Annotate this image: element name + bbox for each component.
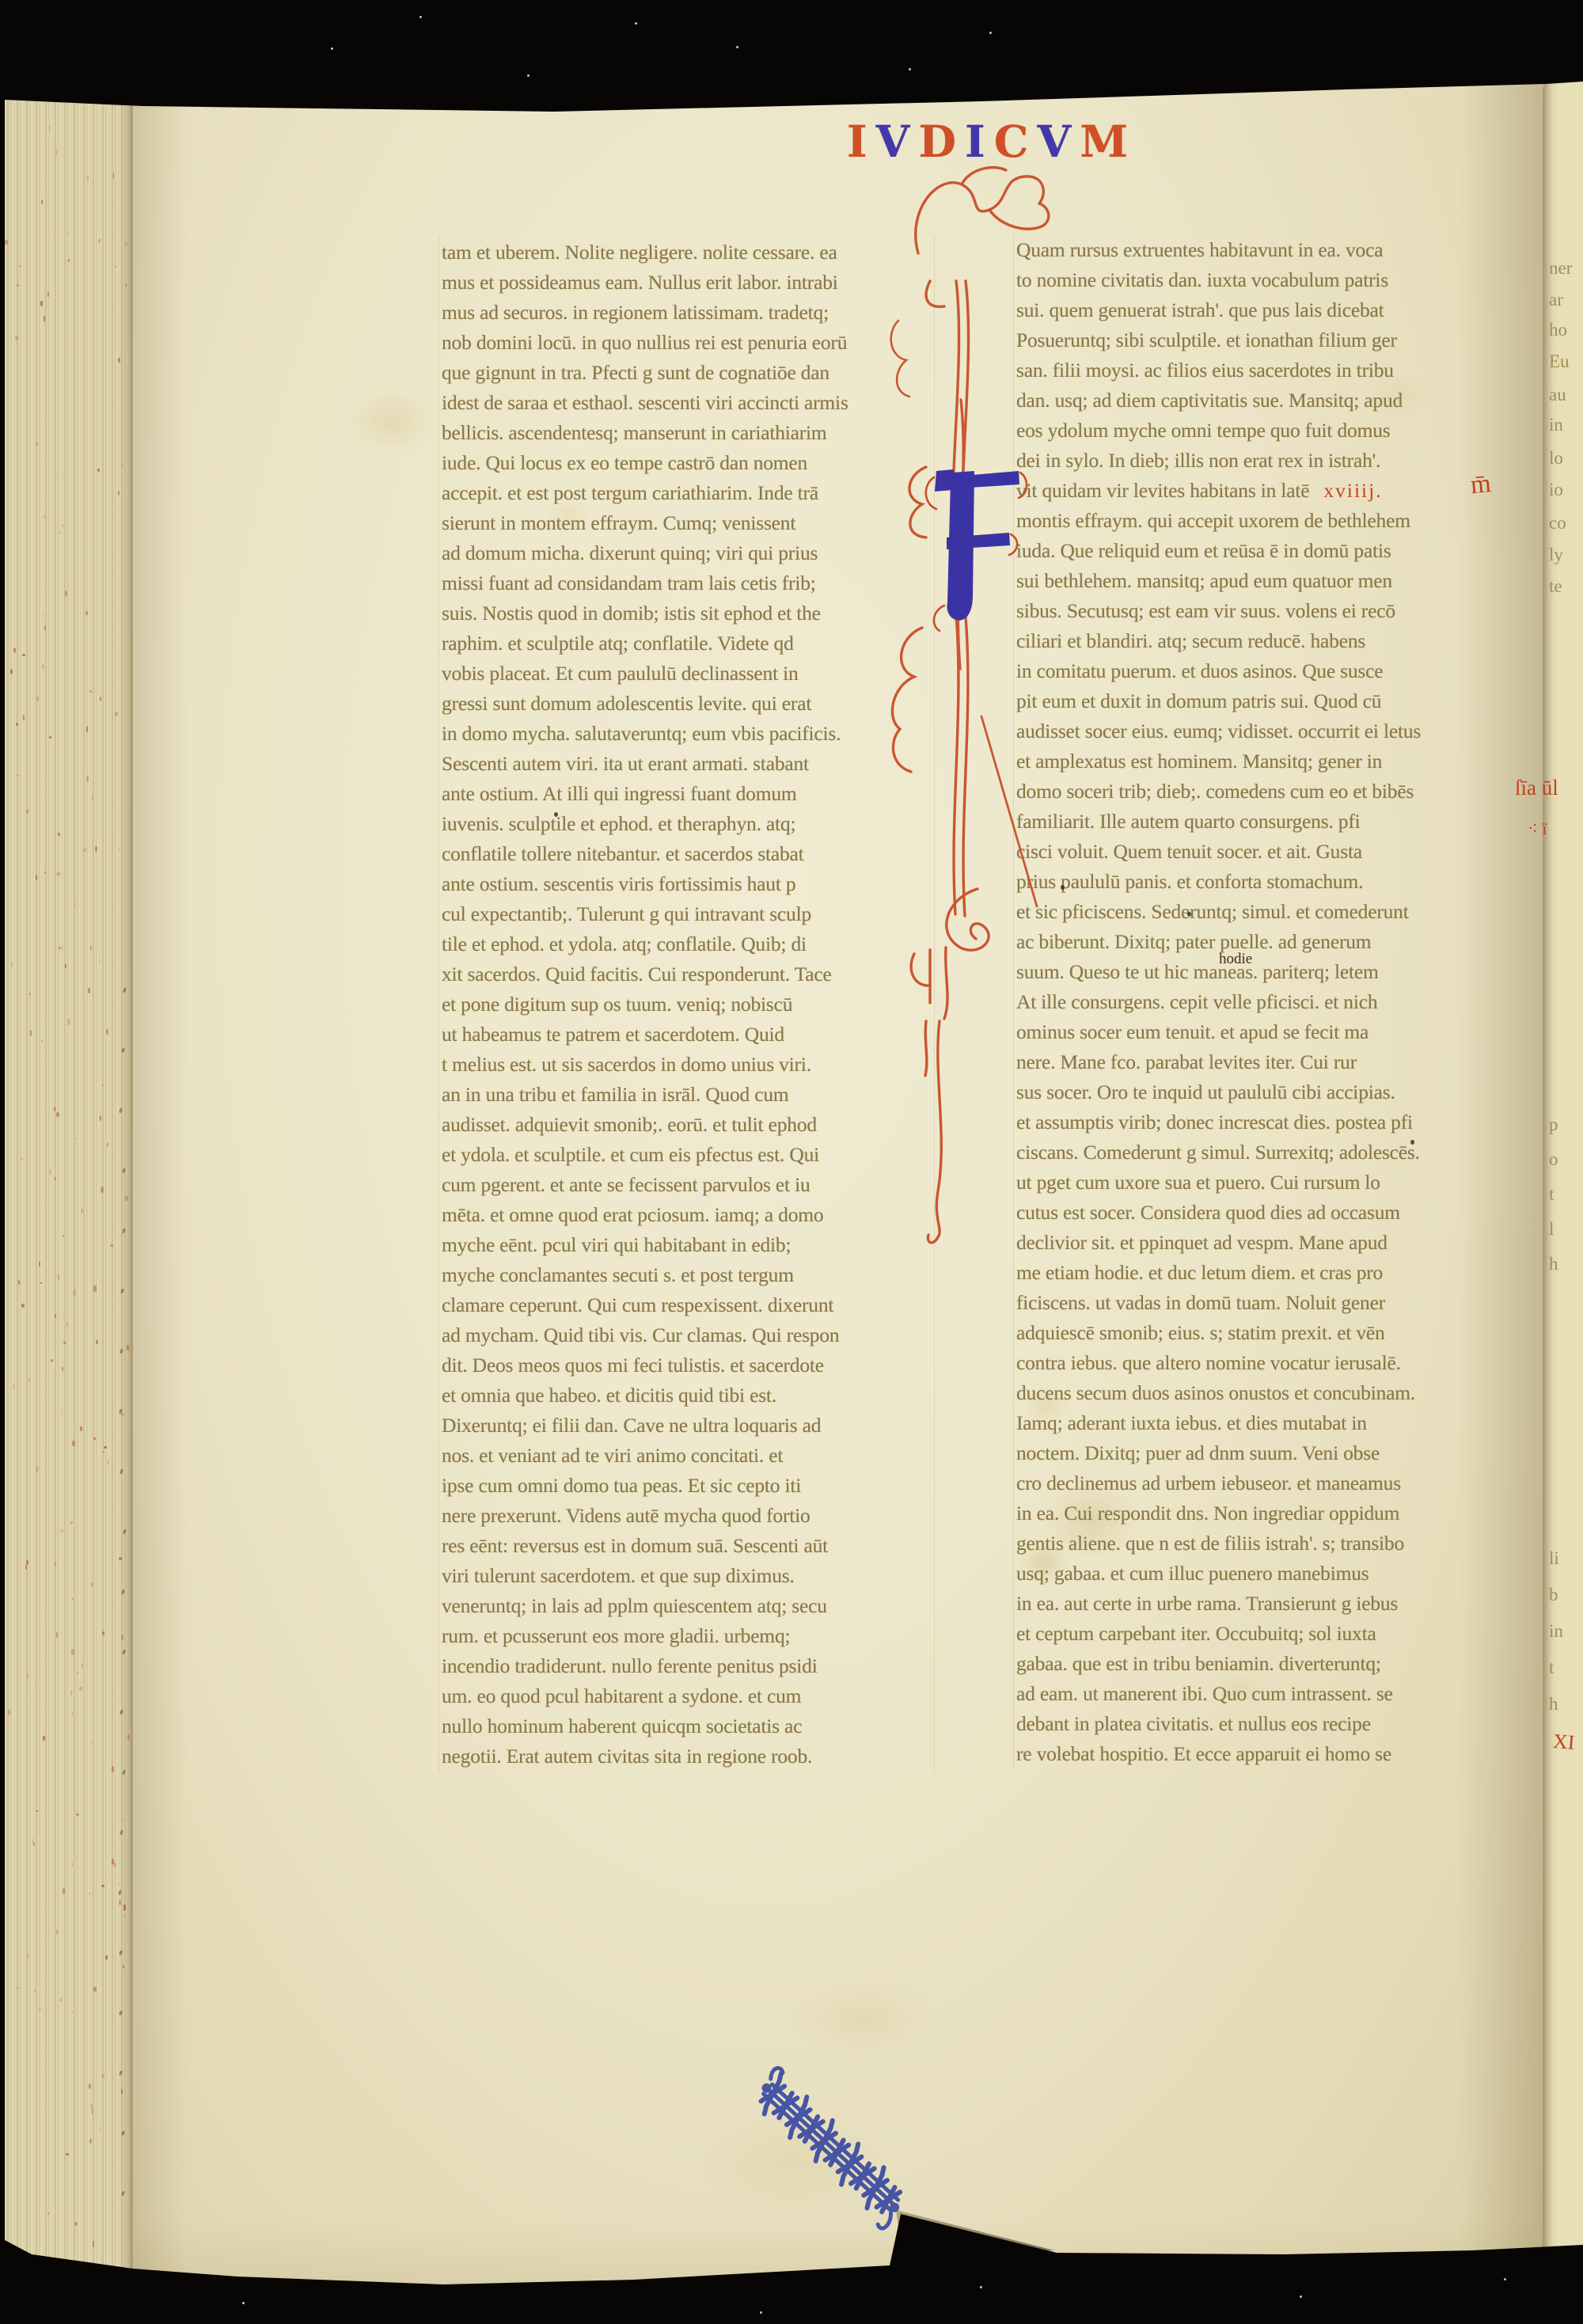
text-line: montis effraym. qui accepit uxorem de be… [1016,506,1547,536]
text-line: et assumptis virib; donec increscat dies… [1016,1107,1547,1137]
text-line: viri tulerunt sacerdotem. et que sup dix… [442,1561,934,1591]
text-line: re volebat hospitio. Et ecce apparuit ei… [1016,1739,1547,1769]
text-line: clamare ceperunt. Qui cum respexissent. … [442,1290,934,1320]
page-edge-stack [0,0,135,2324]
edge-text-fragment: t [1549,1658,1582,1678]
text-line: contra iebus. que altero nomine vocatur … [1016,1348,1547,1378]
text-line: to nomine civitatis dan. iuxta vocabulum… [1016,265,1547,295]
text-line: suum. Queso te ut hic maneas. pariterq; … [1016,957,1547,987]
text-line: cisci voluit. Quem tenuit socer. et ait.… [1016,837,1547,867]
title-letter: V [1038,116,1080,167]
edge-text-fragment: in [1549,1621,1582,1642]
edge-text-fragment: li [1549,1548,1582,1569]
stain [791,1979,934,2058]
text-column-right: Quam rursus extruentes habitavunt in ea.… [1016,235,1547,1769]
chapter-number: xviiij. [1323,479,1382,502]
edge-text-fragment: io [1549,480,1582,500]
manuscript-photo: { "page": { "running_title": { "text": "… [0,0,1583,2324]
edge-text-fragment: au [1549,385,1582,405]
text-line: ac biberunt. Dixitq; pater puelle. ad ge… [1016,927,1547,957]
text-line: vit quidam vir levites habitans in latēx… [1016,476,1547,506]
marginal-mark: XI [1552,1730,1575,1755]
text-line: in comitatu puerum. et duos asinos. Que … [1016,656,1547,686]
text-line: rum. et pcusserunt eos more gladii. urbe… [442,1621,934,1651]
text-line: incendio tradiderunt. nullo ferente peni… [442,1651,934,1681]
text-line: sus socer. Oro te inquid ut paululū cibi… [1016,1077,1547,1107]
text-line: cutus est socer. Considera quod dies ad … [1016,1198,1547,1228]
marginal-mark: ſīa ūl [1515,776,1558,800]
text-line: nullo hominum haberent quicqm societatis… [442,1711,934,1741]
edge-text-fragment: o [1549,1149,1582,1170]
edge-text-fragment: l [1549,1219,1582,1240]
text-line: ciliari et blandiri. atq; secum reducē. … [1016,626,1547,656]
text-line: ominus socer eum tenuit. et apud se feci… [1016,1017,1547,1047]
text-line: declivior sit. et ppinquet ad vespm. Man… [1016,1228,1547,1258]
edge-text-fragment: lo [1549,448,1582,469]
text-line: um. eo quod pcul habitarent a sydone. et… [442,1681,934,1711]
text-line: ciscans. Comederunt g simul. Surrexitq; … [1016,1137,1547,1168]
text-line: nere prexerunt. Videns autē mycha quod f… [442,1501,934,1531]
text-line: pit eum et duxit in domum patris sui. Qu… [1016,686,1547,716]
text-line: veneruntq; in lais ad pplm quiescentem a… [442,1591,934,1621]
interlinear-addition: hodie [1219,944,1252,974]
text-line: gentis aliene. que n est de filiis istra… [1016,1528,1547,1559]
title-letter: I [847,116,876,167]
text-line: domo soceri trib; dieb;. comedens cum eo… [1016,777,1547,807]
text-line: nere. Mane fco. parabat levites iter. Cu… [1016,1047,1547,1077]
edge-text-fragment: co [1549,513,1582,534]
edge-text-fragment: ho [1549,320,1582,340]
text-line: sibus. Secutusq; est eam vir suus. volen… [1016,596,1547,626]
running-title: IVDICVM [837,116,1146,167]
text-line: Dixeruntq; ei filii dan. Cave ne ultra l… [442,1411,934,1441]
title-letter: M [1080,116,1137,167]
title-letter: D [918,116,965,167]
text-line: At ille consurgens. cepit velle pficisci… [1016,987,1547,1017]
text-line: ad eam. ut manerent ibi. Quo cum intrass… [1016,1679,1547,1709]
text-line: dan. usq; ad diem captivitatis sue. Mans… [1016,385,1547,416]
text-line: ducens secum duos asinos onustos et conc… [1016,1378,1547,1408]
text-line: familiarit. Ille autem quarto consurgens… [1016,807,1547,837]
text-line: cro declinemus ad urbem iebuseor. et man… [1016,1468,1547,1498]
text-line: dit. Deos meos quos mi feci tulistis. et… [442,1350,934,1380]
edge-text-fragment: ly [1549,545,1582,565]
text-line: Iamq; aderant iuxta iebus. et dies mutab… [1016,1408,1547,1438]
text-line: san. filii moysi. ac filios eius sacerdo… [1016,355,1547,385]
text-line: gabaa. que est in tribu beniamin. divert… [1016,1649,1547,1679]
edge-text-fragment: in [1549,415,1582,435]
text-line: usq; gabaa. et cum illuc puenero manebim… [1016,1559,1547,1589]
edge-text-fragment: ar [1549,290,1582,310]
text-line: sui. quem genuerat istrah'. que pus lais… [1016,295,1547,325]
text-line: eos ydolum myche omni tempe quo fuit dom… [1016,416,1547,446]
text-line: Quam rursus extruentes habitavunt in ea.… [1016,235,1547,265]
text-line: et ceptum carpebant iter. Occubuitq; sol… [1016,1619,1547,1649]
text-line: me etiam hodie. et duc letum diem. et cr… [1016,1258,1547,1288]
text-line: iuda. Que reliquid eum et reūsa ē in dom… [1016,536,1547,566]
edge-text-fragment: t [1549,1184,1582,1205]
initial-F [926,469,1027,631]
text-line: et amplexatus est hominem. Mansitq; gene… [1016,746,1547,777]
marginal-mark: m̄ [1469,469,1492,500]
text-line: adquiescē smonib; eius. s; statim prexit… [1016,1318,1547,1348]
text-line: audisset socer eius. eumq; vidisset. occ… [1016,716,1547,746]
text-line: noctem. Dixitq; puer ad dnm suum. Veni o… [1016,1438,1547,1468]
text-line: res eēnt: reversus est in domum suā. Ses… [442,1531,934,1561]
text-line: et omnia que habeo. et dicitis quid tibi… [442,1380,934,1411]
text-line: ut pget cum uxore sua et puero. Cui rurs… [1016,1168,1547,1198]
title-letter: C [994,116,1038,167]
text-line: sui bethlehem. mansitq; apud eum quatuor… [1016,566,1547,596]
text-line: nos. et veniant ad te viri animo concita… [442,1441,934,1471]
text-line: myche conclamantes secuti s. et post ter… [442,1260,934,1290]
text-line: ipse cum omni domo tua peas. Et sic cept… [442,1471,934,1501]
penwork-flourish [851,162,1049,1255]
text-line: in ea. aut certe in urbe rama. Transieru… [1016,1589,1547,1619]
text-line: ad mycham. Quid tibi vis. Cur clamas. Qu… [442,1320,934,1350]
edge-text-fragment: h [1549,1694,1582,1715]
text-line: et sic pficiscens. Sederuntq; simul. et … [1016,897,1547,927]
ruling-line [438,236,439,1773]
edge-text-fragment: te [1549,576,1582,597]
text-line: prius paululū panis. et conforta stomach… [1016,867,1547,897]
text-line: in ea. Cui respondit dns. Non ingrediar … [1016,1498,1547,1528]
text-line: ficiscens. ut vadas in domū tuam. Noluit… [1016,1288,1547,1318]
edge-text-fragment: h [1549,1254,1582,1274]
stain [348,389,435,453]
text-line: negotii. Erat autem civitas sita in regi… [442,1741,934,1771]
marginal-mark: ⁖ ï [1528,818,1547,839]
text-line: Posueruntq; sibi sculptile. et ionathan … [1016,325,1547,355]
title-letter: I [965,116,994,167]
edge-text-fragment: b [1549,1585,1582,1605]
edge-text-fragment: p [1549,1115,1582,1135]
codex: IVDICVM tam et uberem. Nolite negligere.… [0,0,1583,2324]
parchment-stitch-repair [740,2056,978,2262]
edge-text-fragment: ner [1549,258,1582,279]
text-line: debant in platea civitatis. et nullus eo… [1016,1709,1547,1739]
text-line: dei in sylo. In dieb; illis non erat rex… [1016,446,1547,476]
edge-text-fragment: Eu [1549,351,1582,372]
title-letter: V [876,116,919,167]
